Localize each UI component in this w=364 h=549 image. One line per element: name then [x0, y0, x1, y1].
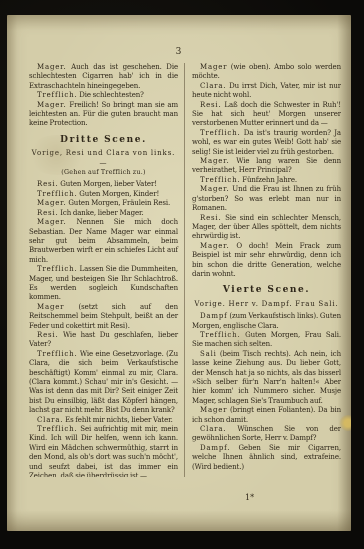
speech-text: Ich danke, lieber Mager.: [60, 209, 143, 217]
speech-paragraph: Trefflich. Fünfzehn Jahre.: [192, 176, 341, 185]
speech-paragraph: Trefflich. Wie eine Gesetzvorlage. (Zu C…: [29, 350, 178, 416]
signature-mark: 1*: [245, 493, 254, 502]
speech-paragraph: Mager. Und die Frau ist Ihnen zu früh g'…: [192, 185, 341, 213]
speech-paragraph: Sali (beim Tisch rechts). Ach nein, ich …: [192, 350, 341, 406]
speech-text: Die schlechtesten?: [79, 91, 144, 99]
left-column: Mager. Auch das ist geschehen. Die schle…: [29, 63, 184, 477]
speech-paragraph: Resi. Wie hast Du geschlafen, lieber Vat…: [29, 331, 178, 350]
speech-paragraph: Resi. Guten Morgen, lieber Vater!: [29, 180, 178, 189]
page-edge-stain: [339, 415, 351, 431]
speaker-name: Mager.: [37, 218, 67, 226]
speech-paragraph: Resi. Sie sind ein schlechter Mensch, Ma…: [192, 214, 341, 242]
speech-text: Fünfzehn Jahre.: [242, 176, 297, 184]
speech-paragraph: Mager. O doch! Mein Frack zum Beispiel i…: [192, 242, 341, 280]
text-block: Mager. Auch das ist geschehen. Die schle…: [29, 63, 341, 477]
speaker-name: Resi.: [37, 331, 58, 339]
speech-text: Guten Morgen, lieber Vater!: [60, 180, 157, 188]
scan-background: 3 Mager. Auch das ist geschehen. Die sch…: [0, 0, 364, 549]
speech-paragraph: Mager (wie oben). Ambo solo werden möcht…: [192, 63, 341, 82]
speech-paragraph: Mager. Auch das ist geschehen. Die schle…: [29, 63, 178, 91]
speaker-name: Resi.: [200, 101, 221, 109]
speaker-name: Mager: [200, 63, 227, 71]
speaker-name: Mager.: [37, 101, 67, 109]
speech-paragraph: Mager. Nennen Sie mich doch Sebastian. D…: [29, 218, 178, 265]
speaker-name: Dampf.: [200, 444, 230, 452]
speaker-name: Mager.: [37, 199, 67, 207]
speaker-name: Mager.: [37, 63, 67, 71]
speaker-name: Resi.: [200, 214, 221, 222]
speech-text: Es fehlt mir nichts, lieber Vater.: [65, 416, 173, 424]
paper-blotch: [27, 135, 87, 175]
speaker-name: Mager.: [200, 242, 230, 250]
speaker-name: Trefflich.: [37, 190, 77, 198]
speech-paragraph: Trefflich. Da ist's traurig worden? Ja w…: [192, 129, 341, 157]
speech-text: (beim Tisch rechts). Ach nein, ich lasse…: [192, 350, 341, 405]
speech-paragraph: Mager (bringt einen Folianten). Da bin i…: [192, 406, 341, 425]
speaker-name: Trefflich.: [37, 425, 77, 433]
speaker-name: Trefflich.: [200, 129, 240, 137]
speaker-name: Resi.: [37, 180, 58, 188]
speech-text: Guten Morgen, Kinder!: [79, 190, 159, 198]
speech-paragraph: Clara. Du irrst Dich, Vater, mir ist nur…: [192, 82, 341, 101]
speaker-name: Mager: [200, 406, 227, 414]
speaker-name: Mager.: [200, 157, 230, 165]
speaker-name: Trefflich.: [200, 176, 240, 184]
paper-blotch: [207, 315, 277, 365]
speaker-name: Resi.: [37, 209, 58, 217]
speech-paragraph: Trefflich. Sei aufrichtig mit mir, mein …: [29, 425, 178, 477]
speaker-name: Trefflich.: [37, 265, 77, 273]
speaker-name: Mager.: [200, 185, 230, 193]
speech-paragraph: Trefflich. Lassen Sie die Dummheiten, Ma…: [29, 265, 178, 303]
speaker-name: Trefflich.: [37, 350, 77, 358]
speech-paragraph: Clara. Wünschen Sie von der gewöhnlichen…: [192, 425, 341, 444]
speech-text: Wie eine Gesetzvorlage. (Zu Clara, die s…: [29, 350, 178, 414]
speech-paragraph: Clara. Es fehlt mir nichts, lieber Vater…: [29, 416, 178, 425]
speech-paragraph: Trefflich. Die schlechtesten?: [29, 91, 178, 100]
book-page: 3 Mager. Auch das ist geschehen. Die sch…: [7, 15, 351, 531]
speaker-name: Clara.: [200, 425, 226, 433]
speech-text: Guten Morgen, Fräulein Resi.: [68, 199, 170, 207]
speaker-name: Mager: [37, 303, 64, 311]
speech-paragraph: Dampf. Geben Sie mir Cigarren, welche Ih…: [192, 444, 341, 472]
speech-paragraph: Mager. Freilich! So bringt man sie am le…: [29, 101, 178, 129]
right-column: Mager (wie oben). Ambo solo werden möcht…: [184, 63, 341, 477]
page-number: 3: [7, 47, 351, 57]
speaker-name: Trefflich.: [37, 91, 77, 99]
speech-paragraph: Mager (setzt sich auf den Reitschemmel b…: [29, 303, 178, 331]
speech-paragraph: Resi. Laß doch die Schwester in Ruh'! Si…: [192, 101, 341, 129]
speaker-name: Clara.: [200, 82, 226, 90]
speech-paragraph: Trefflich. Guten Morgen, Kinder!: [29, 190, 178, 199]
speech-paragraph: Mager. Wie lang waren Sie denn verheirat…: [192, 157, 341, 176]
speaker-name: Clara.: [37, 416, 63, 424]
scene-cast-line: Vorige. Herr v. Dampf. Frau Sali.: [192, 300, 341, 309]
speech-paragraph: Resi. Ich danke, lieber Mager.: [29, 209, 178, 218]
speech-paragraph: Mager. Guten Morgen, Fräulein Resi.: [29, 199, 178, 208]
scene-heading-vierte: Vierte Scene.: [192, 286, 341, 295]
